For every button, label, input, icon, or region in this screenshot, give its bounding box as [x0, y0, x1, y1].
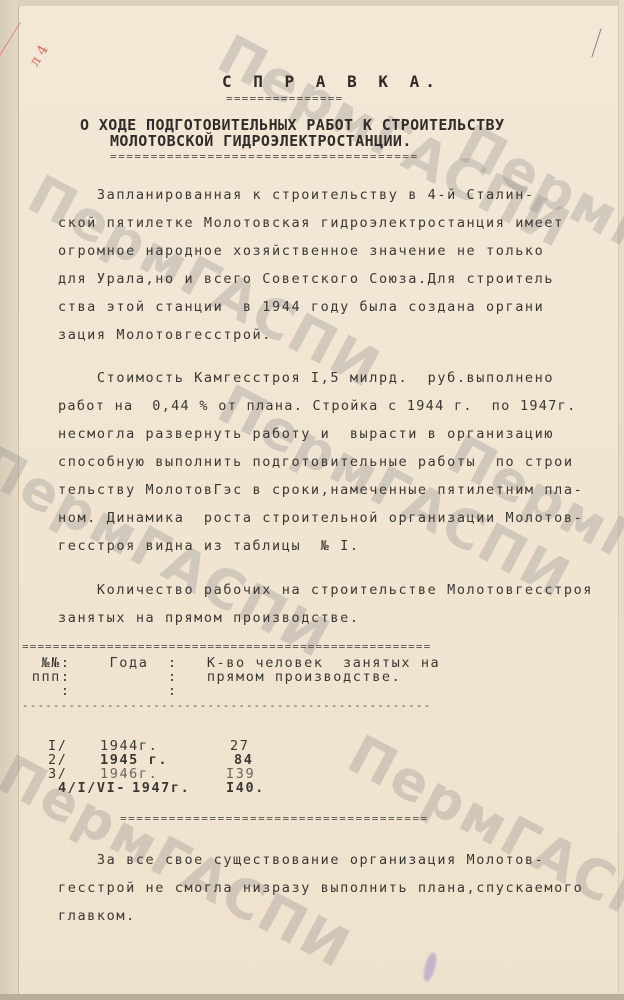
subtitle-line-2: МОЛОТОВСКОЙ ГИДРОЭЛЕКТРОСТАНЦИИ. — [110, 132, 412, 150]
paragraph-4-line: гесстрой не смогла низразу выполнить пла… — [58, 880, 583, 896]
table-header-rule: ----------------------------------------… — [22, 699, 431, 712]
paragraph-2-line: Стоимость Камгесстроя I,5 милрд. руб.вып… — [58, 370, 554, 386]
binding-strip — [0, 0, 18, 1000]
page-title: С П Р А В К А. — [222, 72, 441, 91]
paragraph-1-line: ства этой станции в 1944 году была созда… — [58, 299, 544, 315]
table-header-row: : : — [22, 683, 178, 699]
table-row-number: 4/I/VI- — [58, 780, 126, 796]
paragraph-4-line: главком. — [58, 908, 136, 924]
paragraph-2-line: работ на 0,44 % от плана. Стройка с 1944… — [58, 398, 577, 414]
paragraph-1-line: Запланированная к строительству в 4-й Ст… — [58, 187, 535, 203]
subtitle-underline: ====================================== — [110, 150, 419, 163]
table-end-rule: ====================================== — [120, 812, 429, 825]
paragraph-1-line: огромное народное хозяйственное значение… — [58, 243, 544, 259]
paragraph-1-line: для Урала,но и всего Советского Союза.Дл… — [58, 271, 554, 287]
page-right-edge — [618, 0, 624, 1000]
paragraph-2-line: ном. Динамика роста строительной организ… — [58, 510, 583, 526]
paragraph-2-line: гесстроя видна из таблицы № I. — [58, 538, 360, 554]
paragraph-3-line: занятых на прямом производстве. — [58, 610, 360, 626]
paragraph-1-line: зация Молотовгесстрой. — [58, 327, 272, 343]
paragraph-4-line: За все свое существование организация Мо… — [58, 852, 544, 868]
paragraph-1-line: ской пятилетке Молотовская гидроэлектрос… — [58, 215, 564, 231]
table-row-count: I40. — [226, 780, 265, 796]
paragraph-3-line: Количество рабочих на строительстве Моло… — [58, 582, 593, 598]
page-bottom-edge — [0, 994, 624, 1000]
paragraph-2-line: тельству МолотовГэс в сроки,намеченные п… — [58, 482, 583, 498]
title-underline: =============== — [226, 92, 343, 105]
table-top-rule: ========================================… — [22, 640, 431, 653]
paragraph-2-line: способную выполнить подготовительные раб… — [58, 454, 574, 470]
table-row-year: 1947г. — [132, 780, 190, 796]
paragraph-2-line: несмогла развернуть работу и вырасти в о… — [58, 426, 554, 442]
